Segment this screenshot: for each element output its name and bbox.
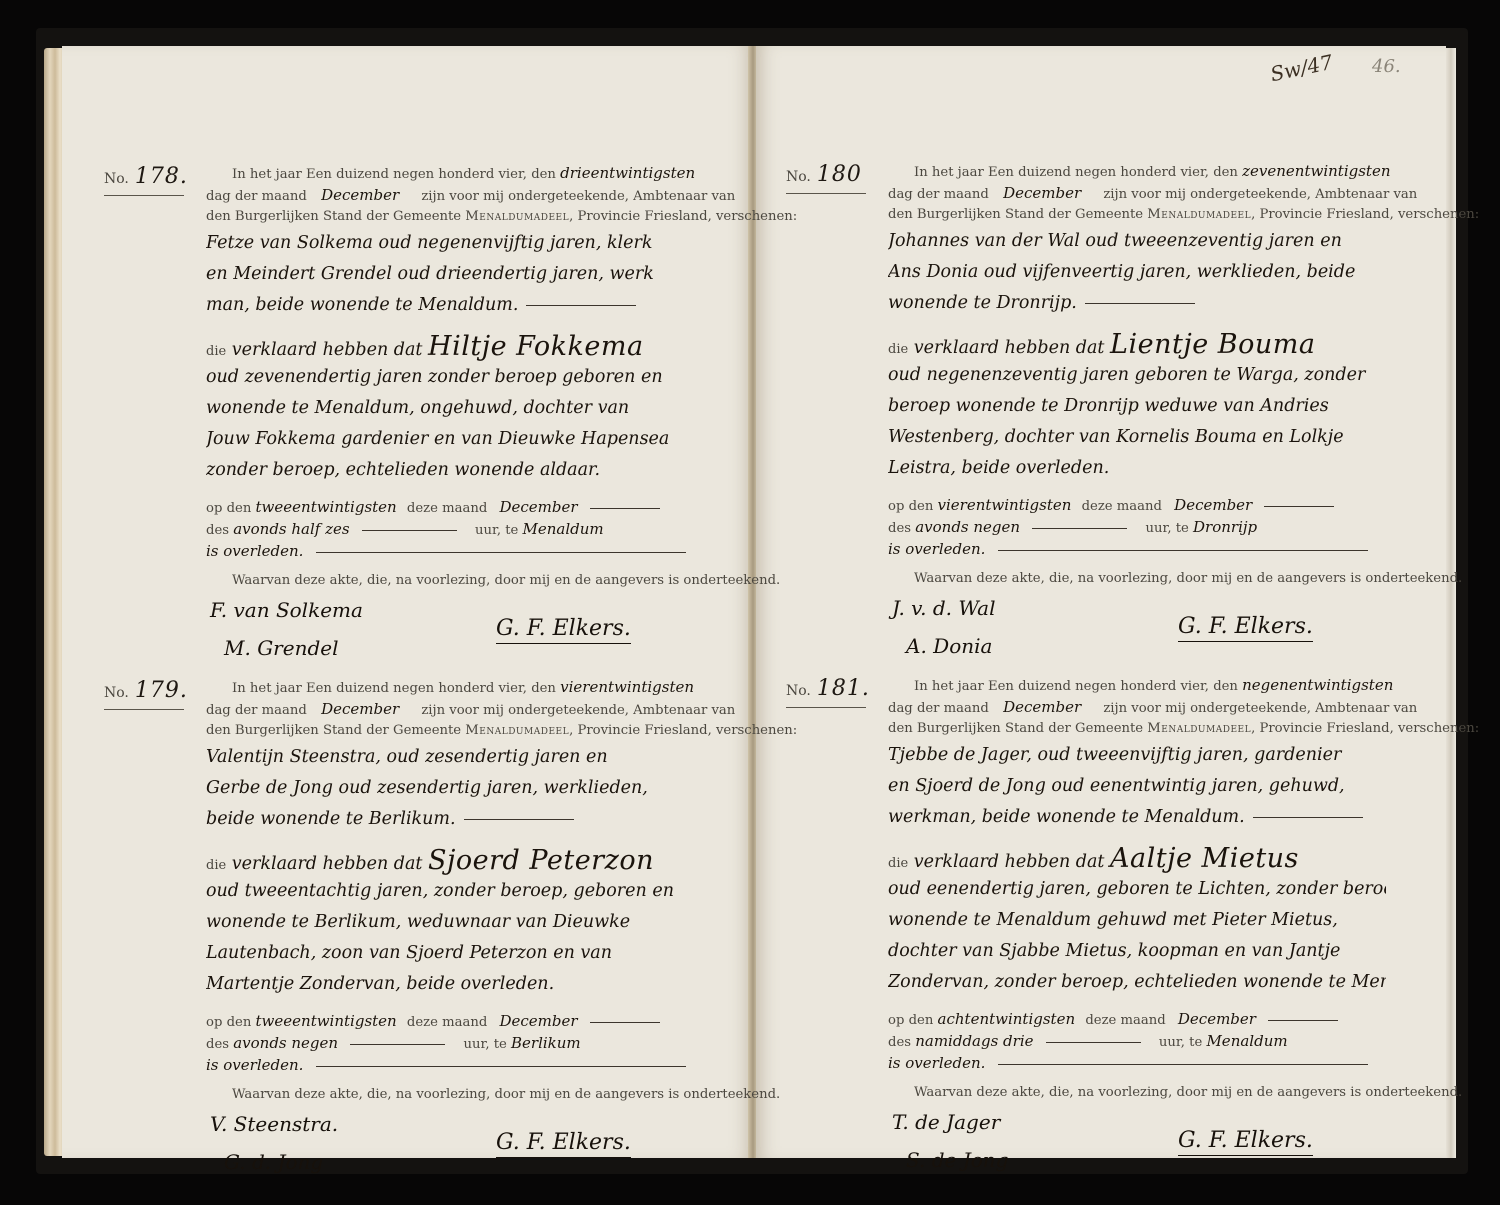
official-signature: G. F. Elkers. bbox=[1178, 614, 1313, 642]
des-label: des bbox=[888, 521, 911, 536]
declarant-text: man, beide wonende te Menaldum. bbox=[206, 295, 518, 315]
op-den-label: op den bbox=[206, 501, 251, 516]
record-number-value: 180 bbox=[817, 162, 862, 187]
registry-label: den Burgerlijken Stand der Gemeente bbox=[206, 209, 461, 224]
death-date-line: op den tweeentwintigsten deze maand Dece… bbox=[206, 496, 704, 518]
fill-line bbox=[590, 1022, 660, 1023]
intro-text: In het jaar Een duizend negen honderd vi… bbox=[914, 679, 1238, 694]
fill-line bbox=[1253, 817, 1363, 818]
fill-line bbox=[1085, 303, 1195, 304]
declarant-line: beide wonende te Berlikum. bbox=[206, 804, 704, 835]
detail-line: zonder beroep, echtelieden wonende aldaa… bbox=[206, 455, 704, 486]
detail-line: dochter van Sjabbe Mietus, koopman en va… bbox=[888, 936, 1386, 967]
record-number-value: 181. bbox=[817, 676, 870, 701]
record-body: In het jaar Een duizend negen honderd vi… bbox=[206, 162, 704, 682]
record-number-label: No. bbox=[786, 683, 811, 699]
fill-line bbox=[1032, 528, 1127, 529]
record-number-label: No. bbox=[104, 171, 129, 187]
month-label: dag der maand bbox=[888, 187, 989, 202]
fill-line bbox=[316, 1066, 686, 1067]
fill-line bbox=[526, 305, 636, 306]
is-overleden-text: is overleden. bbox=[888, 1054, 985, 1072]
closing-line: Waarvan deze akte, die, na voorlezing, d… bbox=[206, 1084, 704, 1106]
die-label: die bbox=[888, 342, 908, 357]
death-month: December bbox=[1174, 496, 1252, 514]
official-signature: G. F. Elkers. bbox=[1178, 1128, 1313, 1156]
death-time: avonds negen bbox=[233, 1034, 338, 1052]
die-label: die bbox=[206, 858, 226, 873]
des-label: des bbox=[206, 523, 229, 538]
declarant-line: en Meindert Grendel oud drieendertig jar… bbox=[206, 259, 704, 290]
declarant-line: wonende te Dronrijp. bbox=[888, 288, 1386, 319]
intro-line: In het jaar Een duizend negen honderd vi… bbox=[888, 674, 1386, 696]
death-date-line: op den tweeentwintigsten deze maand Dece… bbox=[206, 1010, 704, 1032]
declarant-line: Ans Donia oud vijfenveertig jaren, werkl… bbox=[888, 257, 1386, 288]
fill-line bbox=[998, 1064, 1368, 1065]
detail-line: oud tweeentachtig jaren, zonder beroep, … bbox=[206, 876, 704, 907]
deceased-line: die verklaard hebben dat Aaltje Mietus bbox=[888, 843, 1386, 874]
declarant-line: Valentijn Steenstra, oud zesendertig jar… bbox=[206, 742, 704, 773]
registry-label: den Burgerlijken Stand der Gemeente bbox=[888, 721, 1143, 736]
record-number-label: No. bbox=[104, 685, 129, 701]
record-number-label: No. bbox=[786, 169, 811, 185]
death-time-line: des avonds negen uur, te Berlikum bbox=[206, 1032, 704, 1054]
declared-text: verklaard hebben dat bbox=[232, 340, 423, 360]
death-month: December bbox=[499, 1012, 577, 1030]
deze-maand-label: deze maand bbox=[1085, 1013, 1165, 1028]
month-line: dag der maand December zijn voor mij ond… bbox=[206, 698, 704, 720]
official-signature: G. F. Elkers. bbox=[496, 1130, 631, 1158]
municipality-line: den Burgerlijken Stand der Gemeente Mena… bbox=[888, 718, 1386, 740]
death-place: Menaldum bbox=[523, 520, 604, 538]
act-month: December bbox=[1003, 184, 1081, 202]
declarant-signature-1: V. Steenstra. bbox=[210, 1112, 338, 1136]
overleden-line: is overleden. bbox=[206, 1054, 704, 1076]
detail-line: wonende te Menaldum gehuwd met Pieter Mi… bbox=[888, 905, 1386, 936]
declarant-text: wonende te Dronrijp. bbox=[888, 293, 1077, 313]
deceased-line: die verklaard hebben dat Lientje Bouma bbox=[888, 329, 1386, 360]
detail-line: wonende te Berlikum, weduwnaar van Dieuw… bbox=[206, 907, 704, 938]
detail-line: Westenberg, dochter van Kornelis Bouma e… bbox=[888, 422, 1386, 453]
overleden-line: is overleden. bbox=[888, 1052, 1386, 1074]
deze-maand-label: deze maand bbox=[1082, 499, 1162, 514]
op-den-label: op den bbox=[888, 1013, 933, 1028]
official-text: zijn voor mij ondergeteekende, Ambtenaar… bbox=[421, 189, 735, 204]
uur-te-label: uur, te bbox=[1145, 521, 1188, 536]
intro-text: In het jaar Een duizend negen honderd vi… bbox=[232, 681, 556, 696]
des-label: des bbox=[206, 1037, 229, 1052]
detail-line: oud negenenzeventig jaren geboren te War… bbox=[888, 360, 1386, 391]
official-text: zijn voor mij ondergeteekende, Ambtenaar… bbox=[1103, 187, 1417, 202]
fill-line bbox=[998, 550, 1368, 551]
municipality-name: Menaldumadeel bbox=[1147, 721, 1251, 736]
fill-line bbox=[1264, 506, 1334, 507]
intro-line: In het jaar Een duizend negen honderd vi… bbox=[206, 676, 704, 698]
death-month: December bbox=[499, 498, 577, 516]
declarant-line: Johannes van der Wal oud tweeenzeventig … bbox=[888, 226, 1386, 257]
des-label: des bbox=[888, 1035, 911, 1050]
municipality-name: Menaldumadeel bbox=[465, 723, 569, 738]
declarant-signature-2: A. Donia bbox=[906, 634, 992, 658]
closing-line: Waarvan deze akte, die, na voorlezing, d… bbox=[206, 570, 704, 592]
death-time-line: des namiddags drie uur, te Menaldum bbox=[888, 1030, 1386, 1052]
act-day: zevenentwintigsten bbox=[1242, 162, 1390, 180]
death-month: December bbox=[1178, 1010, 1256, 1028]
fill-line bbox=[316, 552, 686, 553]
month-label: dag der maand bbox=[206, 189, 307, 204]
province-text: , Provincie Friesland, verschenen: bbox=[1251, 721, 1479, 736]
registry-label: den Burgerlijken Stand der Gemeente bbox=[888, 207, 1143, 222]
deceased-name: Sjoerd Peterzon bbox=[428, 845, 654, 876]
record-number-value: 178. bbox=[135, 164, 188, 189]
record-number: No.180 bbox=[786, 162, 866, 194]
uur-te-label: uur, te bbox=[463, 1037, 506, 1052]
declarant-line: en Sjoerd de Jong oud eenentwintig jaren… bbox=[888, 771, 1386, 802]
month-label: dag der maand bbox=[206, 703, 307, 718]
declared-text: verklaard hebben dat bbox=[232, 854, 423, 874]
official-text: zijn voor mij ondergeteekende, Ambtenaar… bbox=[1103, 701, 1417, 716]
fill-line bbox=[590, 508, 660, 509]
detail-line: Lautenbach, zoon van Sjoerd Peterzon en … bbox=[206, 938, 704, 969]
registry-label: den Burgerlijken Stand der Gemeente bbox=[206, 723, 461, 738]
uur-te-label: uur, te bbox=[1159, 1035, 1202, 1050]
act-month: December bbox=[321, 700, 399, 718]
official-signature: G. F. Elkers. bbox=[496, 616, 631, 644]
record-number: No.181. bbox=[786, 676, 866, 708]
overleden-line: is overleden. bbox=[888, 538, 1386, 560]
death-time: avonds half zes bbox=[233, 520, 349, 538]
declarant-signature-2: M. Grendel bbox=[224, 636, 338, 660]
municipality-line: den Burgerlijken Stand der Gemeente Mena… bbox=[206, 206, 704, 228]
death-time: namiddags drie bbox=[915, 1032, 1033, 1050]
act-month: December bbox=[1003, 698, 1081, 716]
intro-text: In het jaar Een duizend negen honderd vi… bbox=[232, 167, 556, 182]
declarant-text: beide wonende te Berlikum. bbox=[206, 809, 456, 829]
fill-line bbox=[362, 530, 457, 531]
record-number: No.179. bbox=[104, 678, 184, 710]
page-number: 46. bbox=[1372, 56, 1401, 77]
death-time: avonds negen bbox=[915, 518, 1020, 536]
uur-te-label: uur, te bbox=[475, 523, 518, 538]
deceased-name: Aaltje Mietus bbox=[1110, 843, 1299, 874]
fill-line bbox=[350, 1044, 445, 1045]
declarant-line: man, beide wonende te Menaldum. bbox=[206, 290, 704, 321]
deze-maand-label: deze maand bbox=[407, 1015, 487, 1030]
month-line: dag der maand December zijn voor mij ond… bbox=[206, 184, 704, 206]
month-line: dag der maand December zijn voor mij ond… bbox=[888, 696, 1386, 718]
declared-text: verklaard hebben dat bbox=[914, 338, 1105, 358]
death-date-line: op den achtentwintigsten deze maand Dece… bbox=[888, 1008, 1386, 1030]
act-month: December bbox=[321, 186, 399, 204]
province-text: , Provincie Friesland, verschenen: bbox=[569, 723, 797, 738]
intro-text: In het jaar Een duizend negen honderd vi… bbox=[914, 165, 1238, 180]
municipality-line: den Burgerlijken Stand der Gemeente Mena… bbox=[888, 204, 1386, 226]
death-place: Dronrijp bbox=[1193, 518, 1257, 536]
record-body: In het jaar Een duizend negen honderd vi… bbox=[888, 674, 1386, 1194]
death-time-line: des avonds negen uur, te Dronrijp bbox=[888, 516, 1386, 538]
declarant-signature-1: T. de Jager bbox=[892, 1110, 1000, 1134]
death-day: tweeentwintigsten bbox=[256, 498, 397, 516]
detail-line: oud zevenendertig jaren zonder beroep ge… bbox=[206, 362, 704, 393]
municipality-name: Menaldumadeel bbox=[1147, 207, 1251, 222]
declarant-signature-1: F. van Solkema bbox=[210, 598, 363, 622]
death-date-line: op den vierentwintigsten deze maand Dece… bbox=[888, 494, 1386, 516]
fill-line bbox=[464, 819, 574, 820]
act-day: negenentwintigsten bbox=[1242, 676, 1393, 694]
death-day: achtentwintigsten bbox=[938, 1010, 1076, 1028]
province-text: , Provincie Friesland, verschenen: bbox=[569, 209, 797, 224]
intro-line: In het jaar Een duizend negen honderd vi… bbox=[206, 162, 704, 184]
record-body: In het jaar Een duizend negen honderd vi… bbox=[206, 676, 704, 1196]
province-text: , Provincie Friesland, verschenen: bbox=[1251, 207, 1479, 222]
declarant-signature-2: G. d. Jong bbox=[224, 1150, 323, 1174]
month-label: dag der maand bbox=[888, 701, 989, 716]
month-line: dag der maand December zijn voor mij ond… bbox=[888, 182, 1386, 204]
death-place: Menaldum bbox=[1206, 1032, 1287, 1050]
signature-block: J. v. d. Wal A. Donia G. F. Elkers. bbox=[888, 590, 1386, 680]
act-day: drieentwintigsten bbox=[560, 164, 695, 182]
record-body: In het jaar Een duizend negen honderd vi… bbox=[888, 160, 1386, 680]
deceased-name: Hiltje Fokkema bbox=[428, 331, 644, 362]
deceased-line: die verklaard hebben dat Hiltje Fokkema bbox=[206, 331, 704, 362]
official-text: zijn voor mij ondergeteekende, Ambtenaar… bbox=[421, 703, 735, 718]
fill-line bbox=[1046, 1042, 1141, 1043]
declared-text: verklaard hebben dat bbox=[914, 852, 1105, 872]
intro-line: In het jaar Een duizend negen honderd vi… bbox=[888, 160, 1386, 182]
death-day: tweeentwintigsten bbox=[256, 1012, 397, 1030]
death-place: Berlikum bbox=[511, 1034, 581, 1052]
record-number: No.178. bbox=[104, 164, 184, 196]
declarant-text: werkman, beide wonende te Menaldum. bbox=[888, 807, 1245, 827]
detail-line: Leistra, beide overleden. bbox=[888, 453, 1386, 484]
page-edges-left bbox=[44, 48, 64, 1156]
closing-line: Waarvan deze akte, die, na voorlezing, d… bbox=[888, 1082, 1386, 1104]
die-label: die bbox=[206, 344, 226, 359]
act-day: vierentwintigsten bbox=[560, 678, 694, 696]
detail-line: oud eenendertig jaren, geboren te Lichte… bbox=[888, 874, 1386, 905]
detail-line: Zondervan, zonder beroep, echtelieden wo… bbox=[888, 967, 1386, 998]
death-time-line: des avonds half zes uur, te Menaldum bbox=[206, 518, 704, 540]
signature-block: V. Steenstra. G. d. Jong G. F. Elkers. bbox=[206, 1106, 704, 1196]
signature-block: F. van Solkema M. Grendel G. F. Elkers. bbox=[206, 592, 704, 682]
op-den-label: op den bbox=[888, 499, 933, 514]
record-number-value: 179. bbox=[135, 678, 188, 703]
declarant-signature-1: J. v. d. Wal bbox=[892, 596, 995, 620]
closing-line: Waarvan deze akte, die, na voorlezing, d… bbox=[888, 568, 1386, 590]
death-day: vierentwintigsten bbox=[938, 496, 1072, 514]
declarant-line: werkman, beide wonende te Menaldum. bbox=[888, 802, 1386, 833]
deceased-name: Lientje Bouma bbox=[1110, 329, 1315, 360]
declarant-line: Tjebbe de Jager, oud tweeenvijftig jaren… bbox=[888, 740, 1386, 771]
detail-line: Jouw Fokkema gardenier en van Dieuwke Ha… bbox=[206, 424, 704, 455]
deze-maand-label: deze maand bbox=[407, 501, 487, 516]
municipality-name: Menaldumadeel bbox=[465, 209, 569, 224]
is-overleden-text: is overleden. bbox=[888, 540, 985, 558]
overleden-line: is overleden. bbox=[206, 540, 704, 562]
declarant-line: Gerbe de Jong oud zesendertig jaren, wer… bbox=[206, 773, 704, 804]
detail-line: beroep wonende te Dronrijp weduwe van An… bbox=[888, 391, 1386, 422]
municipality-line: den Burgerlijken Stand der Gemeente Mena… bbox=[206, 720, 704, 742]
signature-block: T. de Jager S. de Jong G. F. Elkers. bbox=[888, 1104, 1386, 1194]
detail-line: Martentje Zondervan, beide overleden. bbox=[206, 969, 704, 1000]
deceased-line: die verklaard hebben dat Sjoerd Peterzon bbox=[206, 845, 704, 876]
fill-line bbox=[1268, 1020, 1338, 1021]
declarant-line: Fetze van Solkema oud negenenvijftig jar… bbox=[206, 228, 704, 259]
is-overleden-text: is overleden. bbox=[206, 1056, 303, 1074]
detail-line: wonende te Menaldum, ongehuwd, dochter v… bbox=[206, 393, 704, 424]
is-overleden-text: is overleden. bbox=[206, 542, 303, 560]
declarant-signature-2: S. de Jong bbox=[906, 1148, 1008, 1172]
op-den-label: op den bbox=[206, 1015, 251, 1030]
die-label: die bbox=[888, 856, 908, 871]
